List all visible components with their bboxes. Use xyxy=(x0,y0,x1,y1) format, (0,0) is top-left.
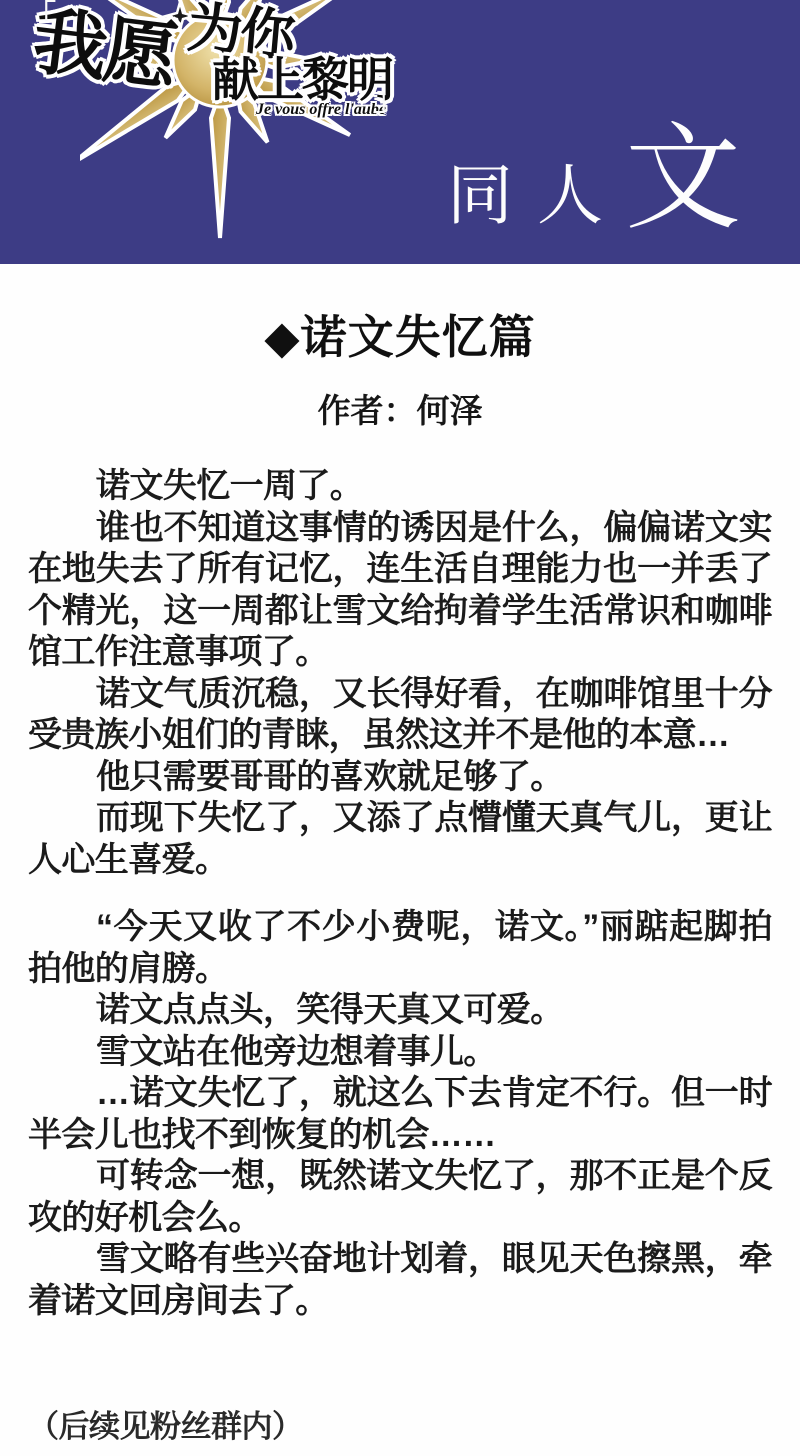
close-bracket-decoration: 」 xyxy=(374,86,404,116)
logo-subtitle-french: Je vous offre l'aube xyxy=(256,102,386,118)
paragraph: 而现下失忆了，又添了点懵懂天真气儿，更让人心生喜爱。 xyxy=(28,798,772,881)
article-body: 诺文失忆一周了。谁也不知道这事情的诱因是什么，偏偏诺文实在地失去了所有记忆，连生… xyxy=(0,466,800,1322)
category-small-text: 同人 xyxy=(447,164,627,232)
category-label: 同人 文 xyxy=(447,120,741,232)
article: ◆诺文失忆篇 作者：何泽 诺文失忆一周了。谁也不知道这事情的诱因是什么，偏偏诺文… xyxy=(0,264,800,1446)
banner: 「 我愿 为你 献上黎明 Je vous offre l'aube 」 同人 文 xyxy=(0,0,800,264)
footer-note: （后续见粉丝群内） xyxy=(0,1401,800,1446)
category-large-text: 文 xyxy=(625,128,741,232)
paragraph: 谁也不知道这事情的诱因是什么，偏偏诺文实在地失去了所有记忆，连生活自理能力也一并… xyxy=(28,508,772,674)
paragraph: 雪文略有些兴奋地计划着，眼见天色擦黑，牵着诺文回房间去了。 xyxy=(28,1239,772,1322)
paragraph: 诺文点点头，笑得天真又可爱。 xyxy=(28,990,772,1032)
article-title: ◆诺文失忆篇 xyxy=(0,301,800,367)
open-bracket-decoration: 「 xyxy=(26,2,56,32)
page: 「 我愿 为你 献上黎明 Je vous offre l'aube 」 同人 文… xyxy=(0,0,800,1456)
paragraph: 雪文站在他旁边想着事儿。 xyxy=(28,1032,772,1074)
paragraph: 诺文失忆一周了。 xyxy=(28,466,772,508)
paragraph: 诺文气质沉稳，又长得好看，在咖啡馆里十分受贵族小姐们的青睐，虽然这并不是他的本意… xyxy=(28,674,772,757)
paragraph: 他只需要哥哥的喜欢就足够了。 xyxy=(28,757,772,799)
article-author: 作者：何泽 xyxy=(0,385,800,432)
paragraph: …诺文失忆了，就这么下去肯定不行。但一时半会儿也找不到恢复的机会…… xyxy=(28,1073,772,1156)
paragraph: 可转念一想，既然诺文失忆了，那不正是个反攻的好机会么。 xyxy=(28,1156,772,1239)
logo-title-sub: 献上黎明 xyxy=(212,56,392,103)
paragraph: “今天又收了不少小费呢，诺文。”丽踮起脚拍拍他的肩膀。 xyxy=(28,907,772,990)
